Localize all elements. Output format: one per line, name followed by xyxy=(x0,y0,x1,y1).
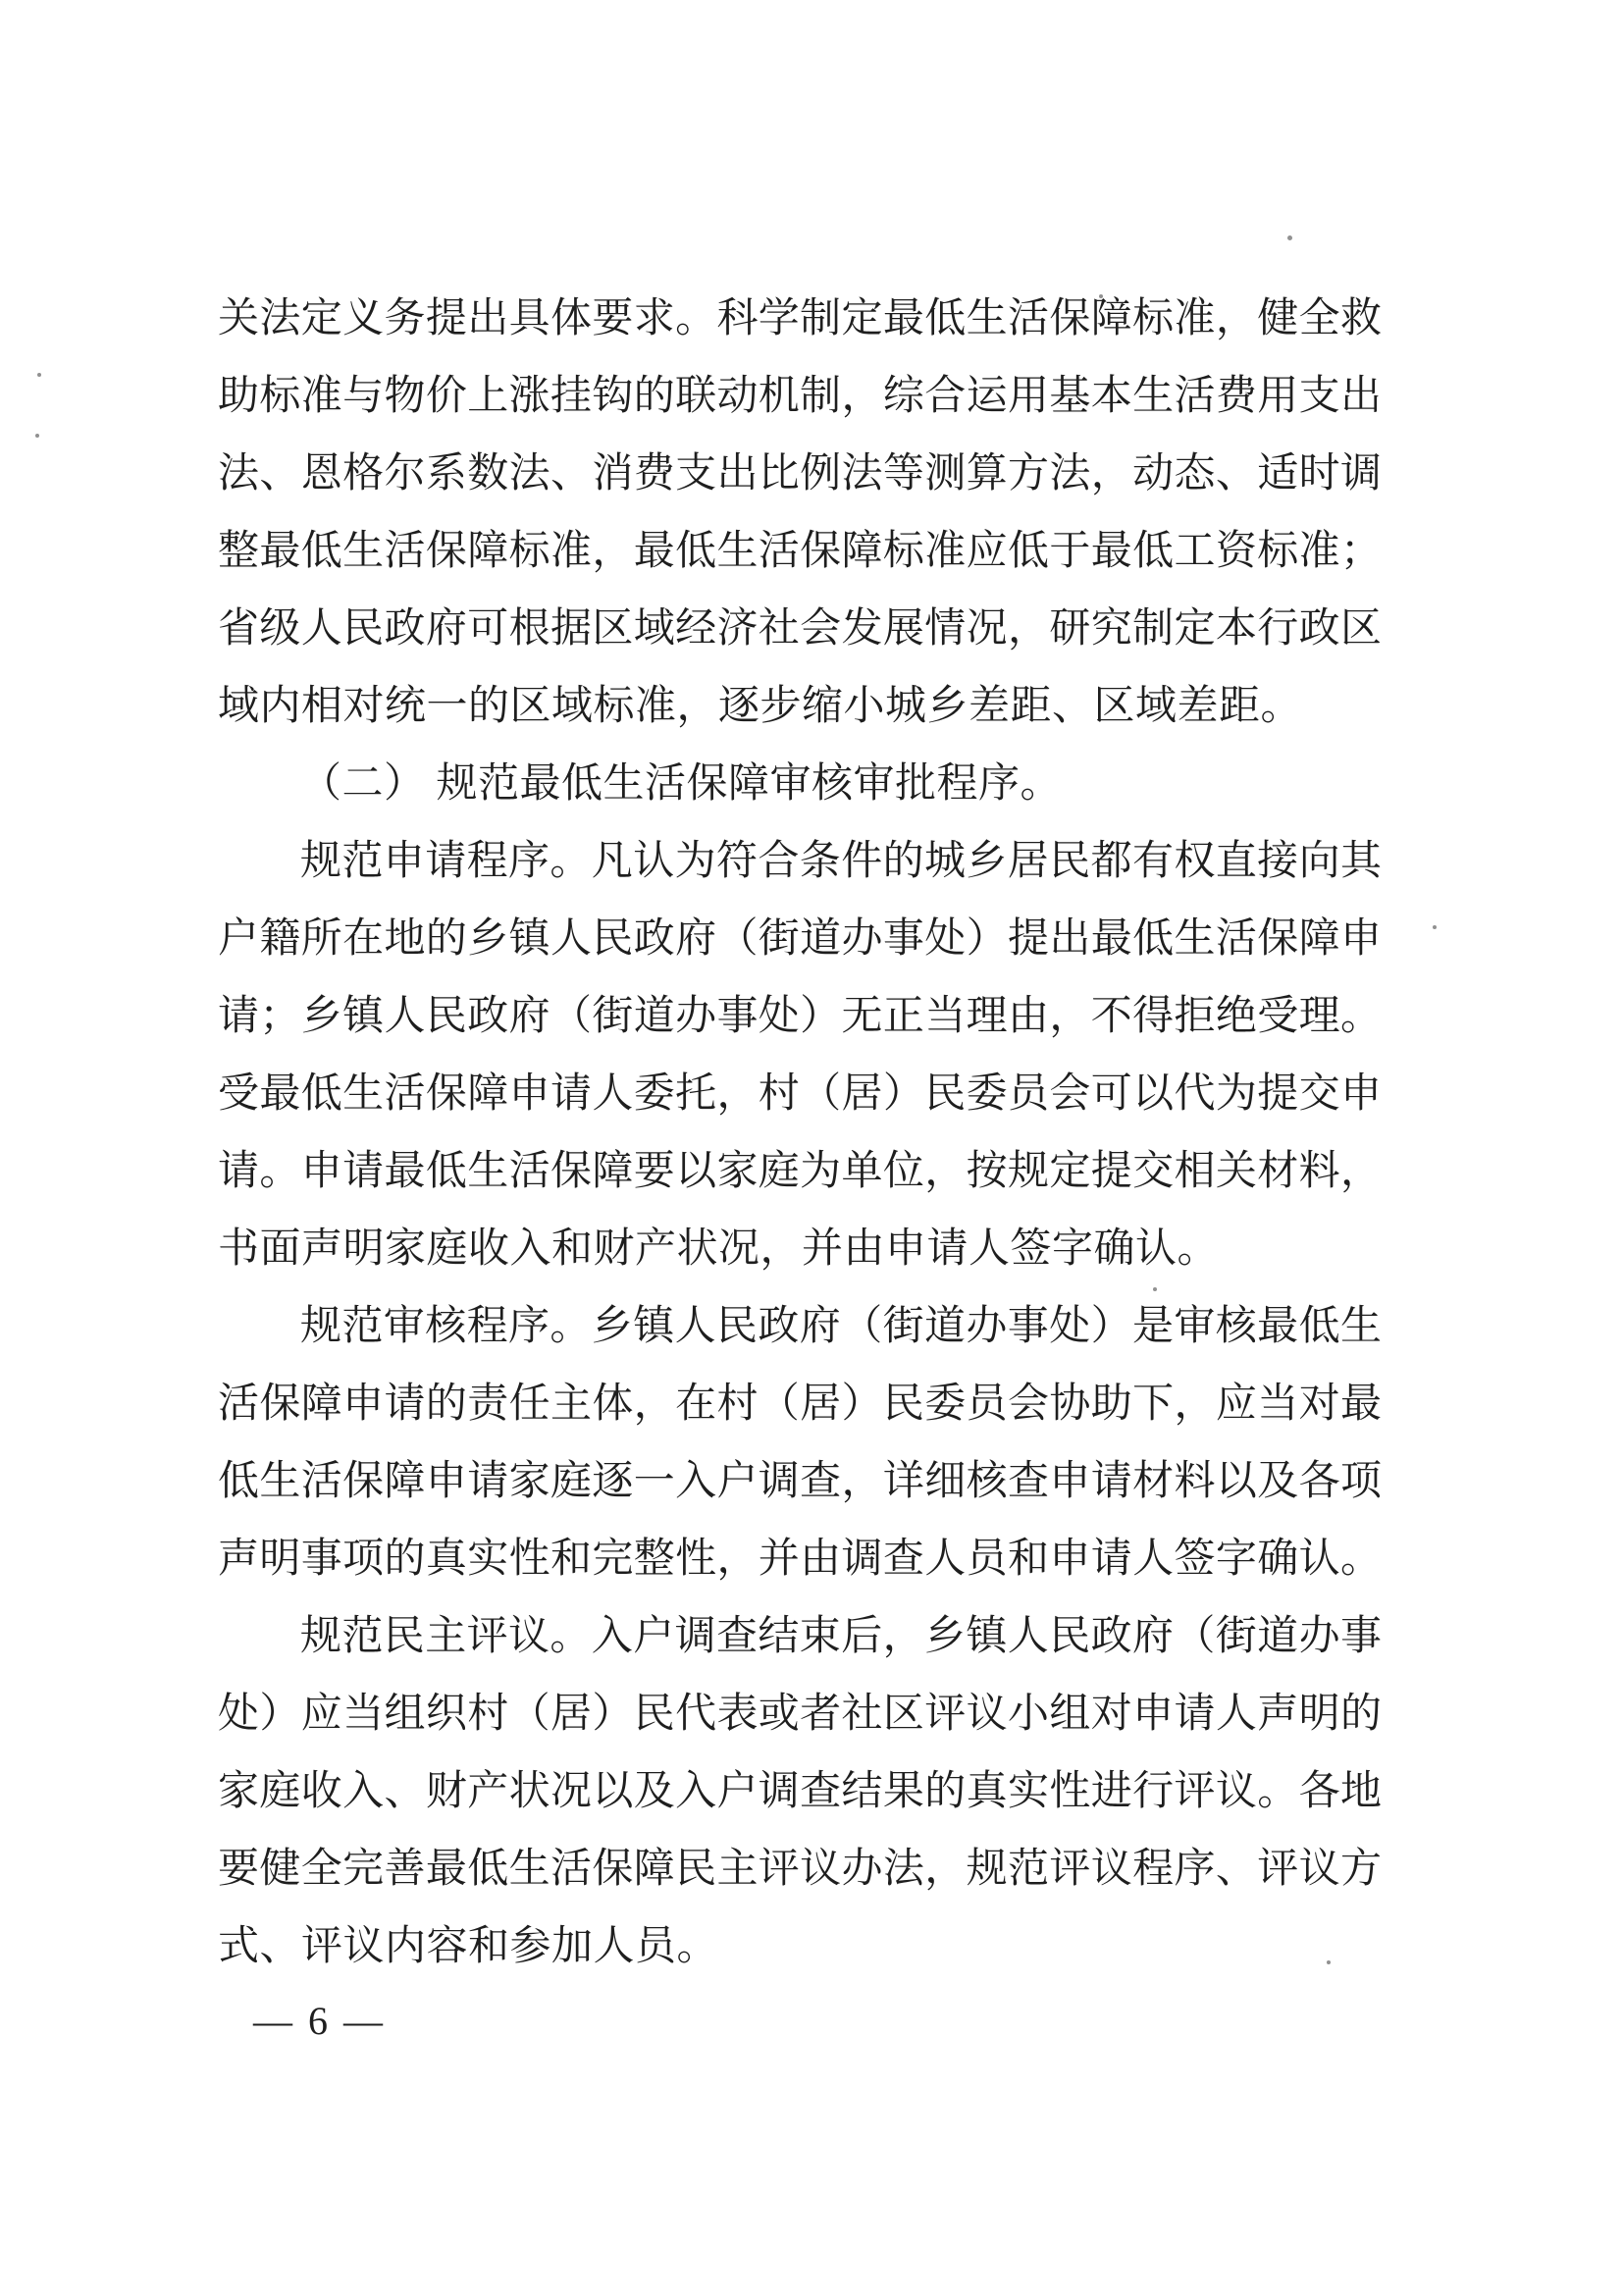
text-line: 式、评议内容和参加人员。 xyxy=(218,1908,1382,1986)
text-line: 省级人民政府可根据区域经济社会发展情况，研究制定本行政区 xyxy=(218,591,1382,668)
text-line-content: 家庭收入、财产状况以及入户调查结果的真实性进行评议。各地 xyxy=(218,1769,1382,1814)
text-line: 请。申请最低生活保障要以家庭为单位，按规定提交相关材料， xyxy=(218,1133,1382,1211)
document-page: 关法定义务提出具体要求。科学制定最低生活保障标准，健全救助标准与物价上涨挂钩的联… xyxy=(0,0,1623,2296)
text-line-content: 低生活保障申请家庭逐一入户调查，详细核查申请材料以及各项 xyxy=(218,1459,1382,1504)
text-line: 请；乡镇人民政府（街道办事处）无正当理由，不得拒绝受理。 xyxy=(218,978,1382,1056)
scan-speckle xyxy=(35,434,39,438)
text-line: 助标准与物价上涨挂钩的联动机制，综合运用基本生活费用支出 xyxy=(218,358,1382,436)
text-line: 书面声明家庭收入和财产状况，并由申请人签字确认。 xyxy=(218,1211,1382,1288)
text-line: 规范民主评议。入户调查结束后，乡镇人民政府（街道办事 xyxy=(218,1598,1382,1676)
scan-speckle xyxy=(1153,1287,1157,1291)
text-line: 户籍所在地的乡镇人民政府（街道办事处）提出最低生活保障申 xyxy=(218,901,1382,978)
text-line: 关法定义务提出具体要求。科学制定最低生活保障标准，健全救 xyxy=(218,281,1382,358)
text-line-content: 域内相对统一的区域标准，逐步缩小城乡差距、区域差距。 xyxy=(218,684,1302,729)
text-line: 规范审核程序。乡镇人民政府（街道办事处）是审核最低生 xyxy=(218,1288,1382,1366)
text-line-content: 书面声明家庭收入和财产状况，并由申请人签字确认。 xyxy=(218,1226,1219,1272)
scan-speckle xyxy=(37,373,41,377)
text-line-content: 规范民主评议。入户调查结束后，乡镇人民政府（街道办事 xyxy=(300,1614,1382,1659)
text-line-content: （二） 规范最低生活保障审核审批程序。 xyxy=(300,761,1062,807)
text-line: 规范申请程序。凡认为符合条件的城乡居民都有权直接向其 xyxy=(218,823,1382,901)
text-line-content: 户籍所在地的乡镇人民政府（街道办事处）提出最低生活保障申 xyxy=(218,916,1382,962)
text-line-content: 法、恩格尔系数法、消费支出比例法等测算方法，动态、适时调 xyxy=(218,451,1382,496)
text-line-content: 处）应当组织村（居）民代表或者社区评议小组对申请人声明的 xyxy=(218,1692,1382,1737)
text-line: 要健全完善最低生活保障民主评议办法，规范评议程序、评议方 xyxy=(218,1831,1382,1908)
text-line-content: 省级人民政府可根据区域经济社会发展情况，研究制定本行政区 xyxy=(218,606,1382,652)
text-line-content: 规范审核程序。乡镇人民政府（街道办事处）是审核最低生 xyxy=(300,1304,1382,1349)
text-line: 法、恩格尔系数法、消费支出比例法等测算方法，动态、适时调 xyxy=(218,436,1382,513)
text-line-content: 式、评议内容和参加人员。 xyxy=(218,1924,718,1969)
text-line-content: 活保障申请的责任主体，在村（居）民委员会协助下，应当对最 xyxy=(218,1382,1382,1427)
page-number: — 6 — xyxy=(253,1998,386,2045)
text-line: 声明事项的真实性和完整性，并由调查人员和申请人签字确认。 xyxy=(218,1521,1382,1598)
text-line: 受最低生活保障申请人委托，村（居）民委员会可以代为提交申 xyxy=(218,1056,1382,1133)
text-line-content: 关法定义务提出具体要求。科学制定最低生活保障标准，健全救 xyxy=(218,296,1382,341)
document-body: 关法定义务提出具体要求。科学制定最低生活保障标准，健全救助标准与物价上涨挂钩的联… xyxy=(218,281,1382,1986)
text-line-content: 声明事项的真实性和完整性，并由调查人员和申请人签字确认。 xyxy=(218,1537,1382,1582)
text-line: 家庭收入、财产状况以及入户调查结果的真实性进行评议。各地 xyxy=(218,1753,1382,1831)
text-line: 处）应当组织村（居）民代表或者社区评议小组对申请人声明的 xyxy=(218,1676,1382,1753)
text-line-content: 请；乡镇人民政府（街道办事处）无正当理由，不得拒绝受理。 xyxy=(218,994,1382,1039)
scan-speckle xyxy=(1433,925,1437,929)
text-line-content: 请。申请最低生活保障要以家庭为单位，按规定提交相关材料， xyxy=(218,1149,1382,1194)
text-line: 域内相对统一的区域标准，逐步缩小城乡差距、区域差距。 xyxy=(218,668,1382,746)
text-line-content: 受最低生活保障申请人委托，村（居）民委员会可以代为提交申 xyxy=(218,1071,1382,1117)
text-line-content: 助标准与物价上涨挂钩的联动机制，综合运用基本生活费用支出 xyxy=(218,374,1382,419)
text-line: 整最低生活保障标准，最低生活保障标准应低于最低工资标准； xyxy=(218,513,1382,591)
text-line-content: 要健全完善最低生活保障民主评议办法，规范评议程序、评议方 xyxy=(218,1847,1382,1892)
text-line: （二） 规范最低生活保障审核审批程序。 xyxy=(218,746,1382,823)
text-line: 活保障申请的责任主体，在村（居）民委员会协助下，应当对最 xyxy=(218,1366,1382,1443)
scan-speckle xyxy=(1287,235,1292,240)
text-line: 低生活保障申请家庭逐一入户调查，详细核查申请材料以及各项 xyxy=(218,1443,1382,1521)
text-line-content: 规范申请程序。凡认为符合条件的城乡居民都有权直接向其 xyxy=(300,839,1382,884)
scan-speckle xyxy=(1099,294,1103,298)
scan-speckle xyxy=(1327,1960,1331,1964)
text-line-content: 整最低生活保障标准，最低生活保障标准应低于最低工资标准； xyxy=(218,529,1382,574)
